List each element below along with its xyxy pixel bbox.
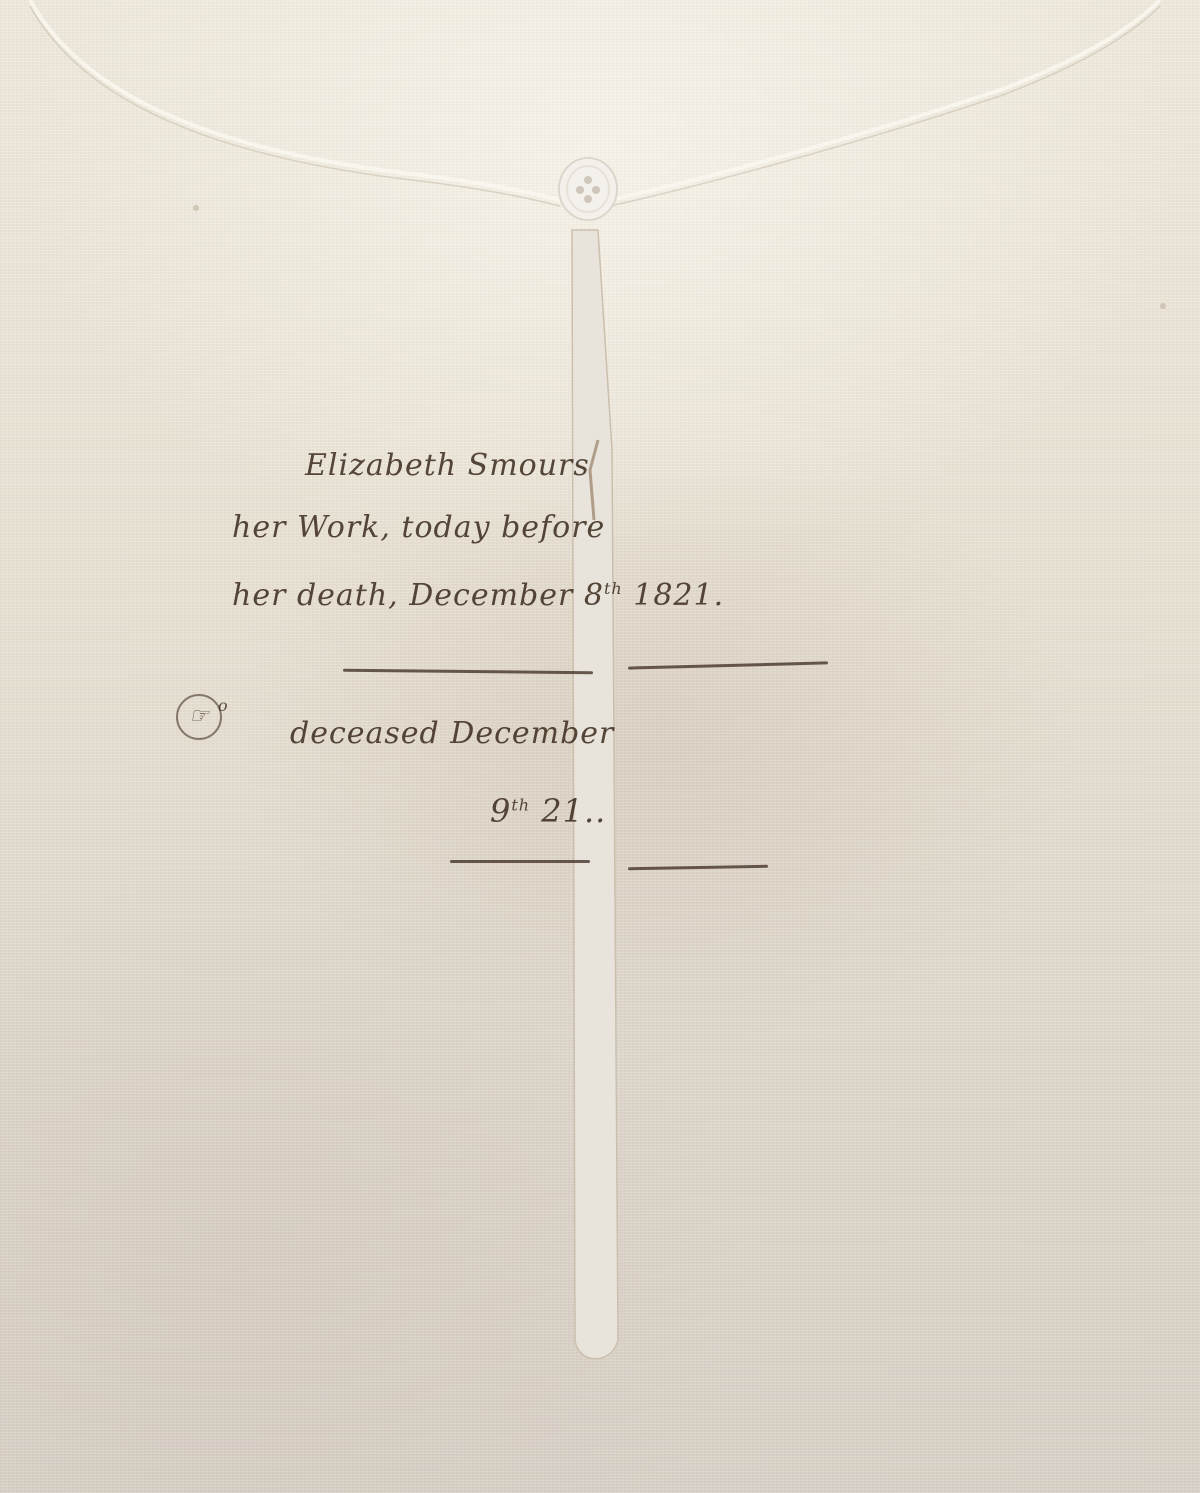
deceased-year: 21.. [530,792,606,830]
death-date-text: her death, December 8 [232,578,604,613]
deceased-day: 9 [490,792,511,830]
deceased-ordinal: th [511,795,530,814]
pointing-hand-icon: ☞ [176,694,222,740]
death-date-ordinal: th [604,579,623,598]
inscription-line-work: her Work, today before [232,510,605,545]
inscription-line-deceased-date: 9th 21.. [490,792,606,830]
ornament-tail: o [218,696,229,715]
death-date-year: 1821. [623,578,724,613]
inscription-line-deceased: deceased December [290,716,614,751]
ink-rule [450,860,590,863]
button-icon [559,158,617,220]
inscription-line-death-date: her death, December 8th 1821. [232,578,724,613]
inscription-line-name: Elizabeth Smours [305,448,590,483]
